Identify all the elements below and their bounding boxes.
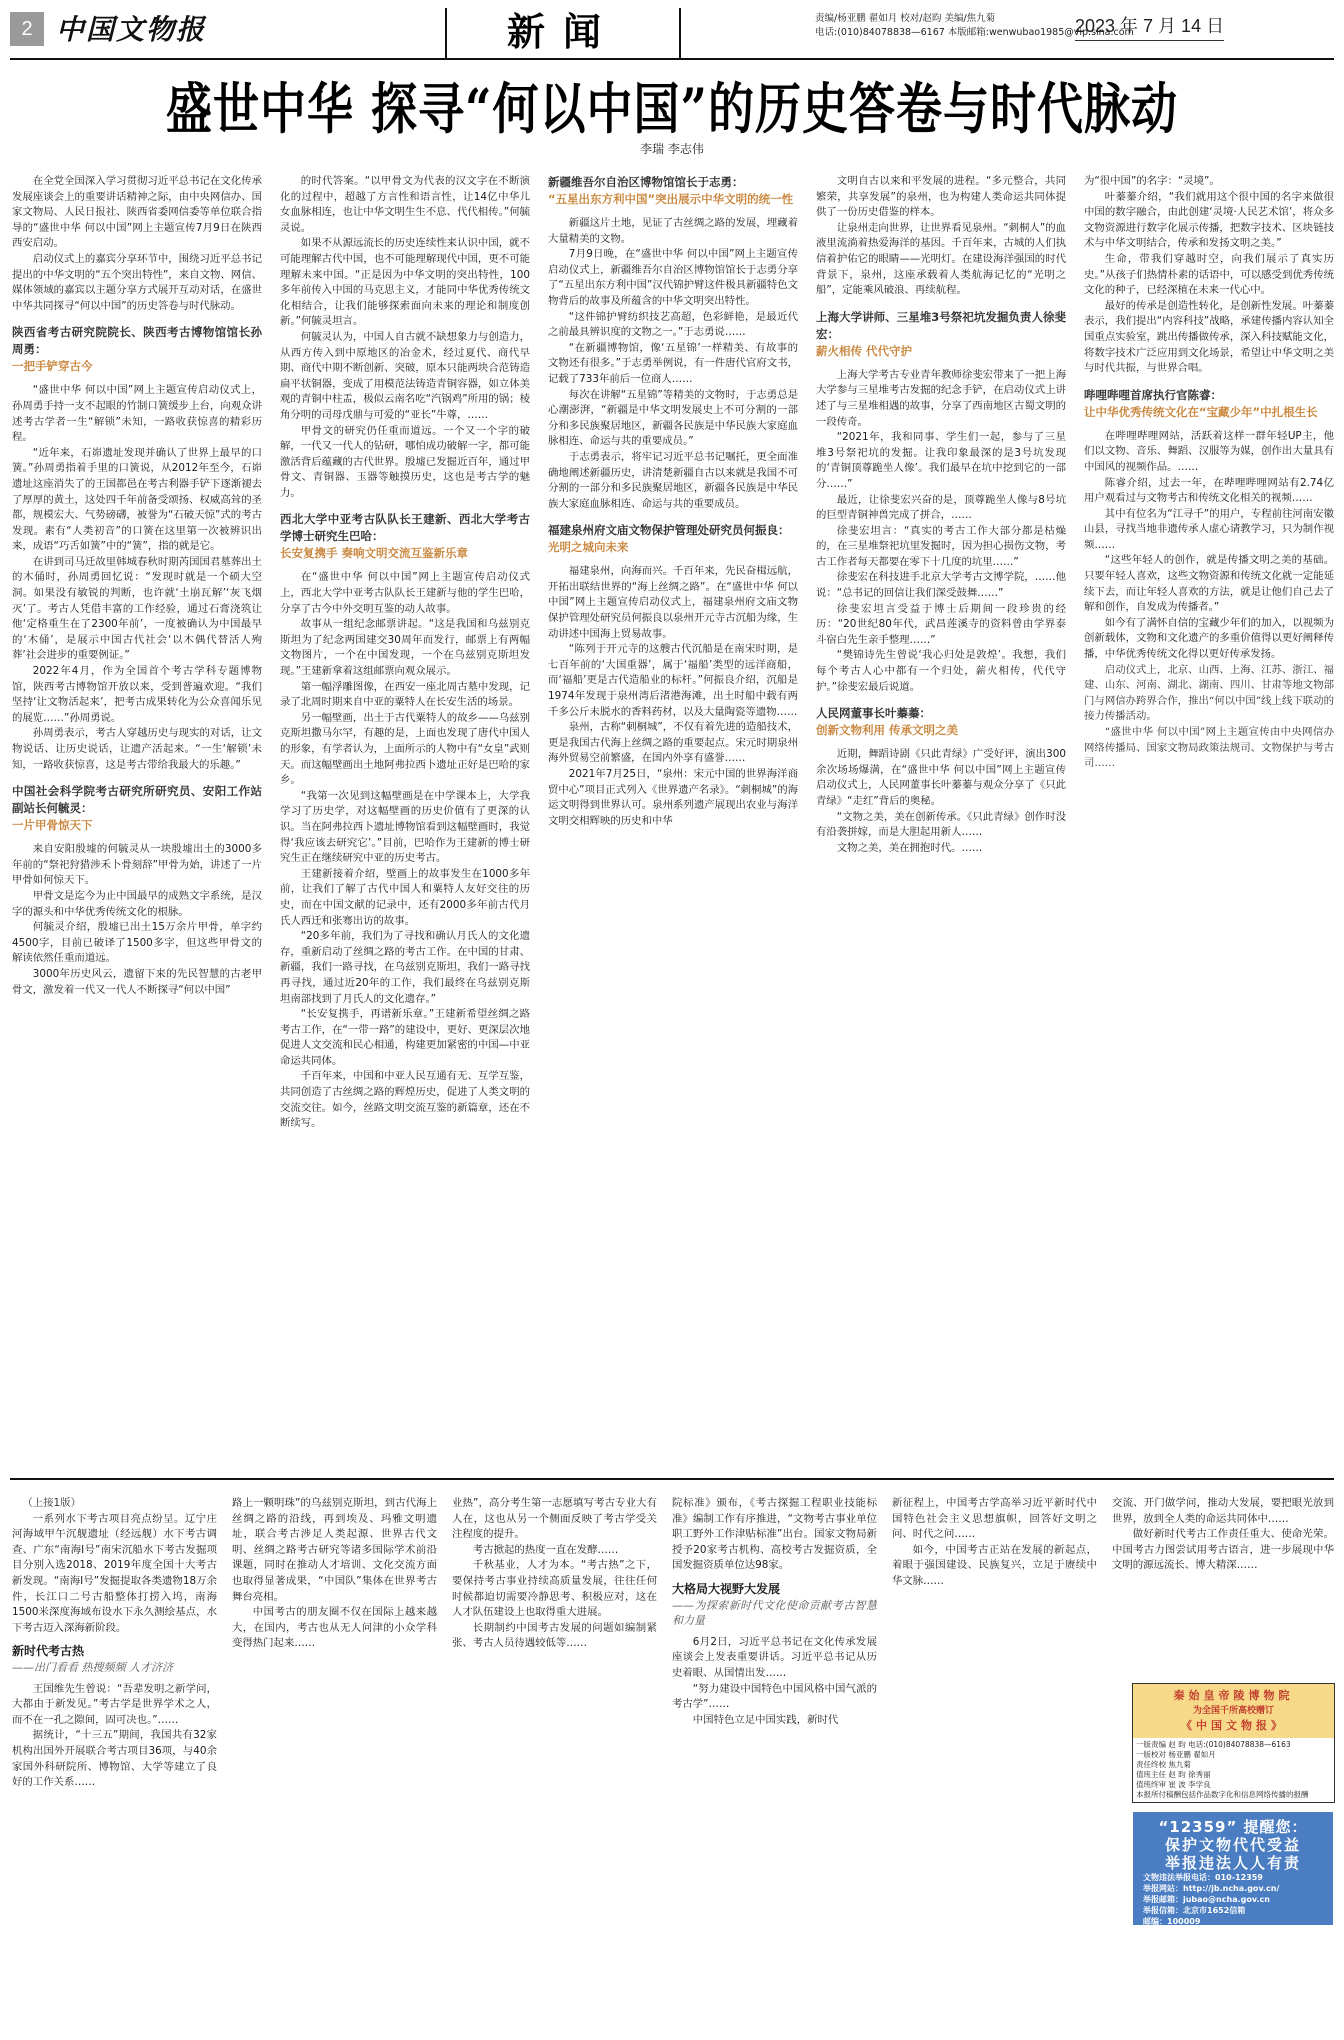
subscription-notice-header: 秦始皇帝陵博物院 为全国千所高校赠订 《中国文物报》: [1133, 1684, 1334, 1738]
paragraph: 的时代答案。“以甲骨文为代表的汉文字在不断演化的过程中，超越了方言性和语言性，让…: [280, 174, 530, 236]
lower-column-4: 院标准》颁布，《考古探掘工程职业技能标准》编制工作有序推进，“文物考古事业单位职…: [672, 1496, 877, 2036]
paragraph: “努力建设中国特色中国风格中国气派的考古学”……: [672, 1682, 877, 1713]
article-column-3: 新疆维吾尔自治区博物馆馆长于志勇： “五星出东方利中国”突出展示中华文明的统一性…: [548, 174, 798, 1469]
issue-date: 2023 年 7 月 14 日: [1075, 12, 1224, 41]
paragraph: 徐斐宏坦言：“真实的考古工作大部分都是枯燥的，在三星堆祭祀坑里发掘时，因为担心损…: [816, 524, 1066, 571]
paragraph: 长期制约中国考古发展的问题如编制紧张、考古人员待遇较低等……: [452, 1621, 657, 1652]
paragraph: 于志勇表示，将牢记习近平总书记嘱托，更全面准确地阐述新疆历史，讲清楚新疆自古以来…: [548, 450, 798, 512]
paragraph: 如今，中国考古正站在发展的新起点，着眼于强国建设、民族复兴，立足于赓续中华文脉……: [892, 1543, 1097, 1590]
lower-column-5: 新征程上，中国考古学高举习近平新时代中国特色社会主义思想旗帜，回答好文明之问、时…: [892, 1496, 1097, 2036]
paragraph: 业热”，高分考生第一志愿填写考古专业大有人在，这也从另一个侧面反映了考古学受关注…: [452, 1496, 657, 1543]
paragraph: 启动仪式上，北京、山西、上海、江苏、浙江、福建、山东、河南、湖北、湖南、四川、甘…: [1084, 663, 1334, 725]
paragraph: 近期，舞蹈诗剧《只此青绿》广受好评，演出300余次场场爆满，在“盛世中华 何以中…: [816, 747, 1066, 809]
speaker-title: 新疆维吾尔自治区博物馆馆长于志勇：: [548, 174, 798, 191]
paragraph: 福建泉州，向海而兴。千百年来，先民奋楫远航，开拓出联结世界的“海上丝绸之路”。在…: [548, 564, 798, 642]
paragraph: 院标准》颁布，《考古探掘工程职业技能标准》编制工作有序推进，“文物考古事业单位职…: [672, 1496, 877, 1574]
section-kicker: 一把手铲穿古今: [12, 358, 262, 375]
paper-name-logo: 中国文物报: [56, 8, 206, 48]
article-byline: 李瑞 李志伟: [0, 140, 1344, 157]
paragraph: 考古掀起的热度一直在发酵……: [452, 1543, 657, 1559]
paragraph: 如果不从源远流长的历史连续性来认识中国，就不可能理解古代中国，也不可能理解现代中…: [280, 236, 530, 330]
paragraph: 千百年来，中国和中亚人民互通有无、互学互鉴，共同创造了古丝绸之路的辉煌历史，促进…: [280, 1069, 530, 1131]
paragraph: “樊锦诗先生曾说‘我心归处是敦煌’。我想，我们每个考古人心中都有一个归处，薪火相…: [816, 648, 1066, 695]
report-hotline-ad: “12359” 提醒您： 保护文物代代受益 举报违法人人有责 文物违法举报电话：…: [1133, 1812, 1333, 1925]
paragraph: 一系列水下考古项目亮点纷呈。辽宁庄河海域甲午沉舰遗址（经远舰）水下考古调查、广东…: [12, 1512, 217, 1637]
paragraph: 千秋基业，人才为本。“考古热”之下，要保持考古事业持续高质量发展，往往任何时候都…: [452, 1558, 657, 1620]
subscription-notice-box: 秦始皇帝陵博物院 为全国千所高校赠订 《中国文物报》 一版责编 赵 昀 电话:(…: [1132, 1683, 1335, 1803]
paragraph: 路上一颗明珠”的乌兹别克斯坦，到古代海上丝绸之路的沿线，再到埃及、玛雅文明遗址，…: [232, 1496, 437, 1605]
paragraph: 如今有了满怀自信的宝藏少年们的加入，以视频为创新载体，文物和文化遗产的多重价值得…: [1084, 616, 1334, 663]
paragraph: 在哔哩哔哩网站，活跃着这样一群年轻UP主，他们以文物、音乐、舞蹈、汉服等为媒，创…: [1084, 429, 1334, 476]
paragraph: 最好的传承是创造性转化，是创新性发展。叶蓁蓁表示，我们提出“内容科技”战略，承建…: [1084, 299, 1334, 377]
paragraph: 让泉州走向世界，让世界看见泉州。“刺桐人”的血液里流淌着热爱海洋的基因。千百年来…: [816, 221, 1066, 299]
paragraph: 新征程上，中国考古学高举习近平新时代中国特色社会主义思想旗帜，回答好文明之问、时…: [892, 1496, 1097, 1543]
paragraph: 为“很中国”的名字：“灵境”。: [1084, 174, 1334, 190]
report-postcode: 邮编：100009: [1143, 1916, 1323, 1927]
paragraph: 甲骨文是迄今为止中国最早的成熟文字系统，是汉字的源头和中华优秀传统文化的根脉。: [12, 889, 262, 920]
subsection-title: 大格局大视野大发展: [672, 1582, 877, 1598]
paragraph: “陈列于开元寺的这艘古代沉船是在南宋时期，是七百年前的‘大国重器’，属于‘福船’…: [548, 642, 798, 720]
article-column-1: 在全党全国深入学习贯彻习近平总书记在文化传承发展座谈会上的重要讲话精神之际，由中…: [12, 174, 262, 1469]
paragraph: 在“盛世中华 何以中国”网上主题宣传启动仪式上，西北大学中亚考古队队长王建新与他…: [280, 570, 530, 617]
paragraph: 徐斐宏坦言受益于博士后期间一段珍贵的经历：“20世纪80年代，武昌莲溪寺的资料曾…: [816, 602, 1066, 649]
sponsor-action: 为全国千所高校赠订: [1133, 1704, 1334, 1718]
section-kicker: “五星出东方利中国”突出展示中华文明的统一性: [548, 191, 798, 208]
paragraph: 王国维先生曾说：“吾辈发明之新学问，大都由于新发见。”考古学是世界学术之人，而不…: [12, 1682, 217, 1729]
subsection-subtitle: ——为探索新时代文化使命贡献考古智慧和力量: [672, 1598, 877, 1629]
paragraph: 启动仪式上的嘉宾分享环节中，围绕习近平总书记提出的中华文明的“五个突出特性”，来…: [12, 252, 262, 314]
newspaper-title: 《中国文物报》: [1133, 1718, 1334, 1734]
paragraph: 最近，让徐斐宏兴奋的是，顶尊跪坐人像与8号坑的巨型青铜神兽完成了拼合，……: [816, 493, 1066, 524]
staff-credit-row: 一版责编 赵 昀 电话:(010)84078838—6163: [1136, 1740, 1331, 1750]
section-kicker: 一片甲骨惊天下: [12, 817, 262, 834]
continued-from-note: （上接1版）: [12, 1496, 217, 1512]
article-headline: 盛世中华 探寻“何以中国”的历史答卷与时代脉动: [0, 65, 1344, 144]
paragraph: 徐斐宏在科技进手北京大学考古文博学院，……他说：“总书记的回信让我们深受鼓舞………: [816, 570, 1066, 601]
staff-credit-row: 值班主任 赵 昀 徐秀丽: [1136, 1770, 1331, 1780]
sponsor-name: 秦始皇帝陵博物院: [1133, 1688, 1334, 1704]
staff-credit-row: 本报所付稿酬包括作品数字化和信息网络传播的报酬: [1136, 1790, 1331, 1800]
lower-column-1: （上接1版） 一系列水下考古项目亮点纷呈。辽宁庄河海域甲午沉舰遗址（经远舰）水下…: [12, 1496, 217, 2036]
article-column-2: 的时代答案。“以甲骨文为代表的汉文字在不断演化的过程中，超越了方言性和语言性，让…: [280, 174, 530, 1469]
paragraph: 王建新接着介绍，壁画上的故事发生在1000多年前，让我们了解了古代中国人和粟特人…: [280, 867, 530, 929]
paragraph: “20多年前，我们为了寻找和确认月氏人的文化遗存，重新启动了丝绸之路的考古工作。…: [280, 929, 530, 1007]
paragraph: “2021年，我和同事、学生们一起，参与了三星堆3号祭祀坑的发掘。让我印象最深的…: [816, 430, 1066, 492]
paragraph: 甲骨文的研究仍任重而道远。一个又一个字的破解，一代又一代人的钻研，哪怕成功破解一…: [280, 424, 530, 502]
staff-credits: 一版责编 赵 昀 电话:(010)84078838—6163 一版校对 杨亚鹏 …: [1133, 1738, 1334, 1802]
subsection-title: 新时代考古热: [12, 1644, 217, 1660]
paragraph: 其中有位名为“江寻千”的用户，专程前往河南安徽山县，寻找当地非遗传承人虚心请教学…: [1084, 507, 1334, 554]
paragraph: 叶蓁蓁介绍，“我们就用这个很中国的名字来做很中国的数字融合，由此创建‘灵境·人民…: [1084, 190, 1334, 252]
paragraph: “这件锦护臂纺织技艺高超，色彩鲜艳，是最近代之前最具辨识度的文物之一。”于志勇说…: [548, 310, 798, 341]
paragraph: 2021年7月25日，“泉州：宋元中国的世界海洋商贸中心”项目正式列入《世界遗产…: [548, 767, 798, 829]
staff-credit-row: 责任终校 焦九菊: [1136, 1760, 1331, 1770]
section-kicker: 创新文物利用 传承文明之美: [816, 722, 1066, 739]
paragraph: 2022年4月，作为全国首个考古学科专题博物馆，陕西考古博物馆开放以来，受到普遍…: [12, 664, 262, 726]
paragraph: 文物之美，美在拥抱时代。……: [816, 841, 1066, 857]
section-kicker: 让中华优秀传统文化在“宝藏少年”中扎根生长: [1084, 404, 1334, 421]
page-number: 2: [10, 12, 44, 46]
paragraph: 在全党全国深入学习贯彻习近平总书记在文化传承发展座谈会上的重要讲话精神之际，由中…: [12, 174, 262, 252]
paragraph: “盛世中华 何以中国”网上主题宣传启动仪式上，孙周勇手持一支不起眼的竹制口簧缓步…: [12, 383, 262, 445]
speaker-title: 福建泉州府文庙文物保护管理处研究员何振良：: [548, 522, 798, 539]
paragraph: 另一幅壁画，出土于古代粟特人的故乡——乌兹别克斯坦撒马尔罕，有趣的是，上面也发现…: [280, 711, 530, 789]
paragraph: 据统计，“十三五”期间，我国共有32家机构出国外开展联合考古项目36项，与40余…: [12, 1728, 217, 1790]
report-website-link[interactable]: 举报网站：http://jb.ncha.gov.cn/: [1143, 1883, 1323, 1894]
paragraph: 7月9日晚，在“盛世中华 何以中国”网上主题宣传启动仪式上，新疆维吾尔自治区博物…: [548, 247, 798, 309]
staff-credit-row: 值班终审 崔 波 李学良: [1136, 1780, 1331, 1790]
paragraph: 做好新时代考古工作责任重大、使命光荣。中国考古力图尝试用考古语言，进一步展现中华…: [1112, 1527, 1334, 1574]
paragraph: 6月2日，习近平总书记在文化传承发展座谈会上发表重要讲话。习近平总书记从历史着眼…: [672, 1635, 877, 1682]
paragraph: “近年来，石峁遗址发现并确认了世界上最早的口簧。”孙周勇指着手里的口簧说，从20…: [12, 446, 262, 555]
article-column-5: 为“很中国”的名字：“灵境”。 叶蓁蓁介绍，“我们就用这个很中国的名字来做很中国…: [1084, 174, 1334, 1469]
paragraph: 新疆这片土地，见证了古丝绸之路的发展，埋藏着大量精美的文物。: [548, 216, 798, 247]
lower-column-6: 交流、开门做学问，推动大发展，要把眼光放到世界，放到全人类的命运共同体中…… 做…: [1112, 1496, 1334, 1676]
speaker-title: 中国社会科学院考古研究所研究员、安阳工作站副站长何毓灵：: [12, 783, 262, 817]
paragraph: “文物之美，美在创新传承。《只此青绿》创作时没有沿袭拼嫁，而是大胆起用新人……: [816, 810, 1066, 841]
section-divider: [10, 1478, 1334, 1480]
ad-slogan-2: 举报违法人人有责: [1143, 1854, 1323, 1872]
paragraph: 在讲到司马迁故里韩城春秋时期芮国国君墓葬出土的木俑时，孙周勇回忆说：“发现时就是…: [12, 555, 262, 664]
paragraph: 来自安阳殷墟的何毓灵从一块殷墟出土的3000多年前的“祭祀狩猎涉禾卜骨刻辞”甲骨…: [12, 842, 262, 889]
section-kicker: 光明之城向未来: [548, 539, 798, 556]
paragraph: “在新疆博物馆，像‘五星锦’一样精美、有故事的文物还有很多。”于志勇举例说，有一…: [548, 341, 798, 388]
section-kicker: 长安复携手 奏响文明交流互鉴新乐章: [280, 545, 530, 562]
speaker-title: 西北大学中亚考古队队长王建新、西北大学考古学博士研究生巴哈：: [280, 511, 530, 545]
report-mailbox: 举报信箱：北京市1652信箱: [1143, 1905, 1323, 1916]
masthead: 2 中国文物报 新闻 责编/杨亚鹏 翟如月 校对/赵昀 美编/焦九菊 电话:(0…: [0, 0, 1344, 52]
paragraph: 何毓灵认为，中国人自古就不缺想象力与创造力，从西方传入到中原地区的冶金术，经过夏…: [280, 330, 530, 424]
staff-credit-row: 一版校对 杨亚鹏 翟如月: [1136, 1750, 1331, 1760]
paragraph: 第一幅浮雕图像，在西安一座北周古墓中发现，记录了北周时期来自中亚的粟特人在长安生…: [280, 680, 530, 711]
section-name: 新闻: [447, 8, 679, 56]
report-phone: 文物违法举报电话：010-12359: [1143, 1872, 1323, 1883]
ad-slogan-1: 保护文物代代受益: [1143, 1836, 1323, 1854]
paragraph: 交流、开门做学问，推动大发展，要把眼光放到世界，放到全人类的命运共同体中……: [1112, 1496, 1334, 1527]
paragraph: “长安复携手，再谱新乐章。”王建新希望丝绸之路考古工作，在“一带一路”的建设中，…: [280, 1007, 530, 1069]
section-kicker: 薪火相传 代代守护: [816, 343, 1066, 360]
paragraph: 泉州，古称“刺桐城”，不仅有着先进的造船技术，更是我国古代海上丝绸之路的重要起点…: [548, 720, 798, 767]
speaker-title: 人民网董事长叶蓁蓁：: [816, 705, 1066, 722]
paragraph: 中国特色立足中国实践，新时代: [672, 1713, 877, 1729]
section-label-box: 新闻: [445, 8, 681, 60]
paragraph: “这些年轻人的创作，就是传播文明之美的基础。只要年轻人喜欢，这些文物资源和传统文…: [1084, 553, 1334, 615]
lower-column-3: 业热”，高分考生第一志愿填写考古专业大有人在，这也从另一个侧面反映了考古学受关注…: [452, 1496, 657, 2036]
paragraph: 故事从一组纪念邮票讲起。“这是我国和乌兹别克斯坦为了纪念两国建交30周年而发行，…: [280, 617, 530, 679]
paragraph: 陈睿介绍，过去一年，在哔哩哔哩网站有2.74亿用户观看过与文物考古和传统文化相关…: [1084, 476, 1334, 507]
paragraph: 孙周勇表示，考古人穿越历史与现实的对话，让文物说话、让历史说话，让遗产活起来。“…: [12, 726, 262, 773]
report-email-link[interactable]: 举报邮箱：jubao@ncha.gov.cn: [1143, 1894, 1323, 1905]
masthead-divider: [10, 58, 1334, 60]
speaker-title: 上海大学讲师、三星堆3号祭祀坑发掘负责人徐斐宏：: [816, 309, 1066, 343]
paragraph: 每次在讲解“五星锦”等精美的文物时，于志勇总是心潮澎湃，“新疆是中华文明发展史上…: [548, 388, 798, 450]
speaker-title: 陕西省考古研究院院长、陕西考古博物馆馆长孙周勇：: [12, 324, 262, 358]
paragraph: 3000年历史风云，遗留下来的先民智慧的古老甲骨文，激发着一代又一代人不断探寻“…: [12, 967, 262, 998]
paragraph: “盛世中华 何以中国”网上主题宣传由中央网信办网络传播局、国家文物局政策法规司、…: [1084, 725, 1334, 772]
paragraph: 生命，带我们穿越时空，向我们展示了真实历史。”从孩子们热情朴素的话语中，可以感受…: [1084, 252, 1334, 299]
subsection-subtitle: ——出门看看 热搜频频 人才济济: [12, 1660, 217, 1676]
speaker-title: 哔哩哔哩首席执行官陈睿：: [1084, 387, 1334, 404]
paragraph: “我第一次见到这幅壁画是在中学课本上，大学我学习了历史学，对这幅壁画的历史价值有…: [280, 789, 530, 867]
article-column-4: 文明自古以来和平发展的进程。“多元整合，共同繁荣，共享发展”的泉州，也为构建人类…: [816, 174, 1066, 1469]
ad-title: “12359” 提醒您：: [1143, 1818, 1323, 1836]
paragraph: 何毓灵介绍，殷墟已出土15万余片甲骨，单字约4500字，目前已破译了1500多字…: [12, 920, 262, 967]
lower-column-2: 路上一颗明珠”的乌兹别克斯坦，到古代海上丝绸之路的沿线，再到埃及、玛雅文明遗址，…: [232, 1496, 437, 2036]
paragraph: 上海大学考古专业青年教师徐斐宏带来了一把上海大学参与三星堆考古发掘的纪念手铲，在…: [816, 368, 1066, 430]
paragraph: 中国考古的朋友圈不仅在国际上越来越大，在国内，考古也从无人问津的小众学科变得热门…: [232, 1605, 437, 1652]
paragraph: 文明自古以来和平发展的进程。“多元整合，共同繁荣，共享发展”的泉州，也为构建人类…: [816, 174, 1066, 221]
